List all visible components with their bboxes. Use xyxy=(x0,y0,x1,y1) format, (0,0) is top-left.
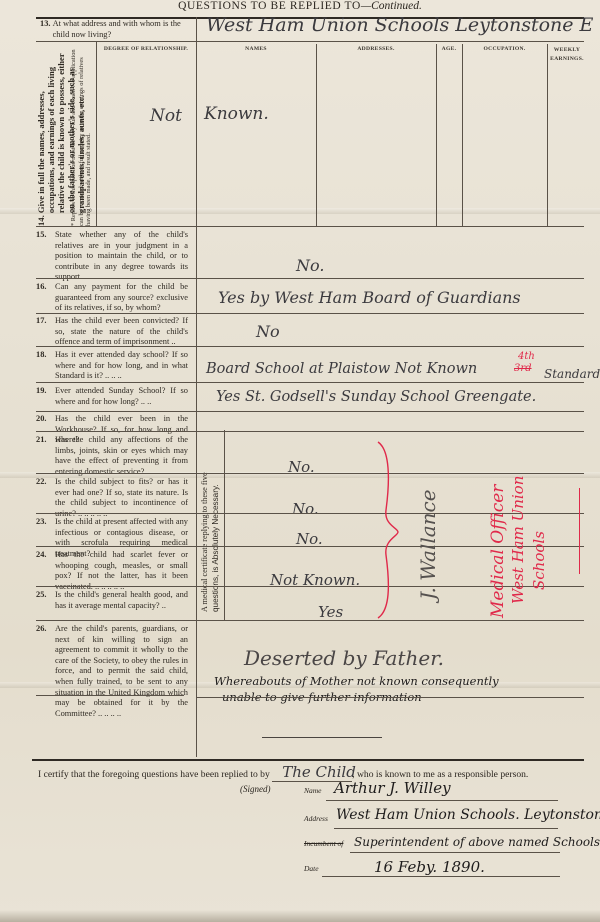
title-text: QUESTIONS TO BE REPLIED TO xyxy=(178,0,361,12)
medical-note-line2: questions, is Absolutely Necessary. xyxy=(211,484,222,612)
medical-officer-org-line2: Schools xyxy=(530,531,548,590)
row-rule xyxy=(36,226,584,227)
answer-rule xyxy=(196,697,584,698)
row-rule xyxy=(36,313,584,314)
question-19: 19. Ever attended Sunday School? If so w… xyxy=(36,386,188,407)
note-text: * Replies to this question must be very … xyxy=(70,40,93,226)
question-16: 16. Can any payment for the child be gua… xyxy=(36,282,188,314)
question-text: Is the child's general health good, and … xyxy=(55,590,188,611)
name-label: Name xyxy=(304,786,322,795)
row-rule xyxy=(36,278,584,279)
row-rule xyxy=(36,431,584,432)
answer-14-names: Known. xyxy=(204,104,269,124)
form-page: QUESTIONS TO BE REPLIED TO—Continued. 13… xyxy=(0,0,600,922)
question-text: Has it ever attended day school? If so w… xyxy=(55,350,188,382)
column-header-addresses: ADDRESSES. xyxy=(316,46,436,52)
question-number: 17. xyxy=(36,316,52,327)
question-number: 14. xyxy=(36,215,46,226)
question-text: At what address and with whom is the chi… xyxy=(53,19,189,40)
answer-15: No. xyxy=(296,256,324,275)
row-rule xyxy=(36,620,584,621)
question-18: 18. Has it ever attended day school? If … xyxy=(36,350,188,382)
question-text: State whether any of the child's relativ… xyxy=(55,230,188,283)
signed-label: (Signed) xyxy=(240,784,271,794)
date-value: 16 Feby. 1890. xyxy=(374,858,485,876)
question-13: 13. At what address and with whom is the… xyxy=(40,19,192,40)
question-number: 23. xyxy=(36,517,52,528)
question-14-note: * Replies to this question must be very … xyxy=(70,40,93,226)
answer-13: West Ham Union Schools Leytonstone E xyxy=(206,14,593,36)
column-header-relationship: DEGREE OF RELATIONSHIP. xyxy=(96,46,196,52)
row-rule xyxy=(36,695,184,696)
row-rule xyxy=(36,41,584,42)
medical-officer-org-line1: West Ham Union xyxy=(509,476,527,604)
title-suffix: —Continued. xyxy=(361,0,422,12)
question-number: 20. xyxy=(36,414,52,425)
question-text: Has the child any affections of the limb… xyxy=(55,435,188,477)
row-rule xyxy=(36,411,584,412)
row-rule xyxy=(36,473,584,474)
column-divider xyxy=(96,41,97,226)
answer-18: Board School at Plaistow Not Known xyxy=(206,361,477,377)
question-text: Can any payment for the child be guarant… xyxy=(55,282,188,314)
question-number: 24. xyxy=(36,550,52,561)
name-rule xyxy=(326,800,558,801)
answer-14-relationship: Not xyxy=(150,106,182,126)
answer-26-line2: Whereabouts of Mother not known conseque… xyxy=(214,674,499,688)
red-brace-icon xyxy=(370,440,410,620)
question-25: 25. Is the child's general health good, … xyxy=(36,590,188,611)
column-divider xyxy=(462,44,463,226)
question-text: Are the child's parents, guardians, or n… xyxy=(55,624,188,719)
question-number: 13. xyxy=(40,19,50,28)
name-value: Arthur J. Willey xyxy=(334,779,451,797)
answer-18-struck: 3rd xyxy=(514,363,532,374)
page-title: QUESTIONS TO BE REPLIED TO—Continued. xyxy=(0,0,600,12)
question-divider xyxy=(196,17,197,757)
date-label: Date xyxy=(304,864,319,873)
certification-rule xyxy=(32,759,584,761)
question-15: 15. State whether any of the child's rel… xyxy=(36,230,188,283)
red-margin-mark xyxy=(579,488,580,574)
occupation-value: Superintendent of above named Schools. xyxy=(354,835,600,849)
column-divider xyxy=(547,44,548,226)
question-number: 19. xyxy=(36,386,52,397)
column-header-names: NAMES xyxy=(196,46,316,52)
question-number: 26. xyxy=(36,624,52,635)
answer-18-correction: 4th xyxy=(518,351,535,362)
answer-25: Yes xyxy=(318,603,343,621)
pen-stroke xyxy=(262,737,382,738)
question-number: 22. xyxy=(36,477,52,488)
question-number: 15. xyxy=(36,230,52,241)
medical-officer-title: Medical Officer xyxy=(488,485,508,618)
question-21: 21. Has the child any affections of the … xyxy=(36,435,188,477)
answer-19: Yes St. Godsell's Sunday School Greengat… xyxy=(216,389,536,405)
row-rule xyxy=(36,382,584,383)
answer-16: Yes by West Ham Board of Guardians xyxy=(218,288,521,307)
column-header-age: AGE. xyxy=(436,46,462,52)
medical-officer-signature: J. Wallance xyxy=(416,489,440,600)
question-number: 21. xyxy=(36,435,52,446)
occupation-label: Incumbent of xyxy=(304,839,343,848)
question-number: 16. xyxy=(36,282,52,293)
column-divider xyxy=(316,44,317,226)
certification-statement: I certify that the foregoing questions h… xyxy=(38,763,528,782)
address-label: Address xyxy=(304,814,328,823)
answer-22: No. xyxy=(292,500,319,518)
answer-18-suffix: Standard. xyxy=(544,367,600,381)
column-divider xyxy=(436,44,437,226)
address-rule xyxy=(334,828,558,829)
question-text: Ever attended Sunday School? If so where… xyxy=(55,386,188,407)
column-header-weekly-earnings: WEEKLY EARNINGS. xyxy=(547,46,587,64)
question-number: 25. xyxy=(36,590,52,601)
certification-text-before: I certify that the foregoing questions h… xyxy=(38,769,270,780)
occupation-rule xyxy=(350,852,560,853)
question-text: Has the child ever been convicted? If so… xyxy=(55,316,188,348)
answer-17: No xyxy=(256,322,280,341)
paper-edge xyxy=(0,910,600,922)
medical-note-text: questions, is Absolutely Necessary. xyxy=(211,484,220,612)
question-number: 18. xyxy=(36,350,52,361)
column-header-occupation: OCCUPATION. xyxy=(462,46,547,52)
question-26: 26. Are the child's parents, guardians, … xyxy=(36,624,188,719)
address-value: West Ham Union Schools. Leytonstone E. xyxy=(336,807,600,823)
medical-column-divider xyxy=(224,430,225,620)
question-17: 17. Has the child ever been convicted? I… xyxy=(36,316,188,348)
row-rule xyxy=(36,346,584,347)
answer-26-line1: Deserted by Father. xyxy=(244,646,444,670)
date-rule xyxy=(322,876,560,877)
medical-note-line1: A medical certificate replying to these … xyxy=(200,472,211,612)
